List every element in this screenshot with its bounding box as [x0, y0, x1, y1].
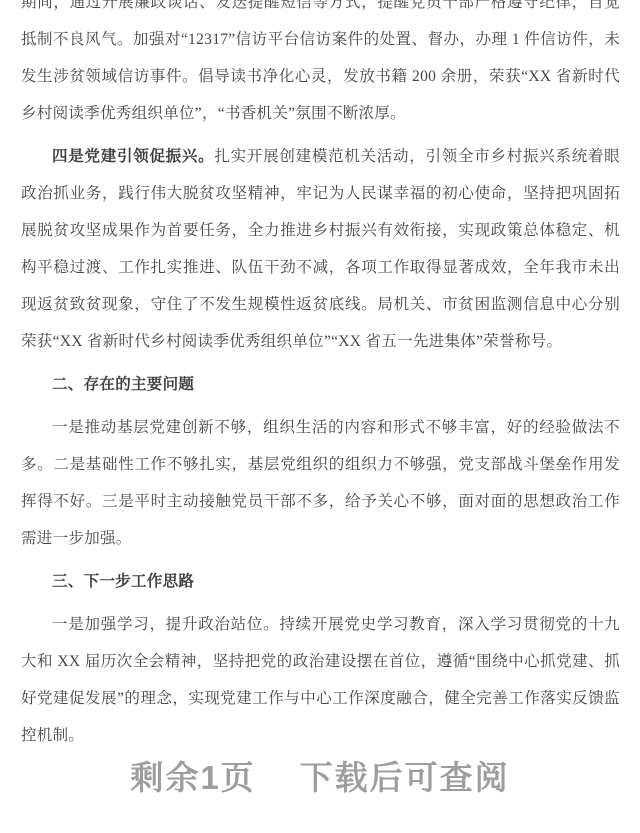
document-page: 期间，通过开展廉政谈话、发送提醒短信等方式，提醒党员干部严格遵守纪律，自觉抵制不…: [0, 0, 640, 833]
paragraph-next-steps: 一是加强学习，提升政治站位。持续开展党史学习教育，深入学习贯彻党的十九大和 XX…: [21, 606, 620, 754]
paragraph-clipped-continuation: 期间，通过开展廉政谈话、发送提醒短信等方式，提醒党员干部严格遵守纪律，自觉抵制不…: [21, 0, 620, 132]
document-body: 期间，通过开展廉政谈话、发送提醒短信等方式，提醒党员干部严格遵守纪律，自觉抵制不…: [21, 0, 620, 760]
section-heading-next-steps: 三、下一步工作思路: [21, 563, 620, 600]
paragraph-section-four: 四是党建引领促振兴。扎实开展创建模范机关活动，引领全市乡村振兴系统着眼政治抓业务…: [21, 138, 620, 360]
section-four-lead: 四是党建引领促振兴。: [52, 148, 214, 165]
section-heading-problems: 二、存在的主要问题: [21, 366, 620, 403]
download-hint-label: 下载后可查阅: [300, 752, 510, 799]
remaining-pages-overlay: 剩余1页 下载后可查阅: [0, 752, 640, 799]
paragraph-problems: 一是推动基层党建创新不够，组织生活的内容和形式不够丰富，好的经验做法不多。二是基…: [21, 409, 620, 557]
section-four-body: 扎实开展创建模范机关活动，引领全市乡村振兴系统着眼政治抓业务，践行伟大脱贫攻坚精…: [21, 148, 620, 350]
remaining-pages-label: 剩余1页: [130, 752, 255, 799]
